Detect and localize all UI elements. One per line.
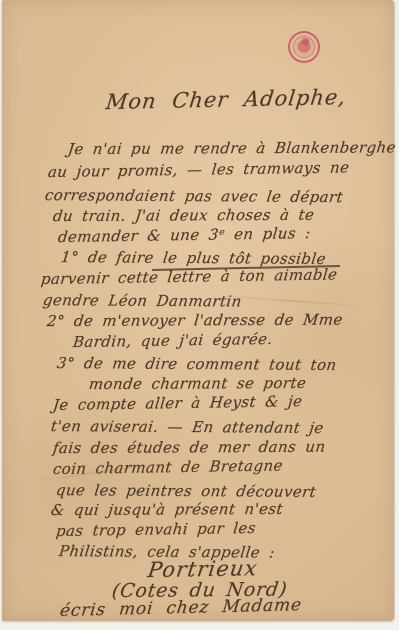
letter-page: Mon Cher Adolphe, Je n'ai pu me rendre à… <box>2 0 394 621</box>
letter-body-line: au jour promis, — les tramways ne <box>47 158 350 181</box>
letter-body-line: correspondaient pas avec le départ <box>44 186 344 206</box>
letter-body-line: t'en aviserai. — En attendant je <box>50 417 325 437</box>
letter-body-line: Bardin, que j'ai égarée. <box>72 330 274 351</box>
letter-body-line: & qui jusqu'à présent n'est <box>50 500 284 519</box>
letter-body-line: 2° de m'envoyer l'adresse de Mme <box>46 310 344 330</box>
letter-body-line: 3° de me dire comment tout ton <box>56 354 338 374</box>
letter-body-line: gendre Léon Danmartin <box>42 291 243 310</box>
letter-body-line: 1° de faire le plus tôt possible <box>60 248 327 268</box>
scanned-letter: Mon Cher Adolphe, Je n'ai pu me rendre à… <box>0 0 399 630</box>
letter-body-line: Je n'ai pu me rendre à Blankenberghe <box>67 138 397 158</box>
letter-body-line: demander & une 3ᵉ en plus : <box>57 224 312 246</box>
letter-body-line: Je compte aller à Heyst & je <box>52 392 303 414</box>
letter-body-line: que les peintres ont découvert <box>55 481 317 501</box>
letter-body-line: coin charmant de Bretagne <box>52 456 284 478</box>
letter-body-line: pas trop envahi par les <box>55 519 257 540</box>
letter-salutation: Mon Cher Adolphe, <box>105 85 348 114</box>
seal-icon <box>288 31 320 63</box>
letter-closing-line: écris moi chez Madame <box>59 595 303 621</box>
letter-body-line: parvenir cette lettre à ton aimable <box>40 265 338 288</box>
letter-body-line: du train. J'ai deux choses à te <box>52 206 315 225</box>
letter-body-line: monde charmant se porte <box>88 374 307 393</box>
letter-body-line: fais des études de mer dans un <box>52 438 327 457</box>
